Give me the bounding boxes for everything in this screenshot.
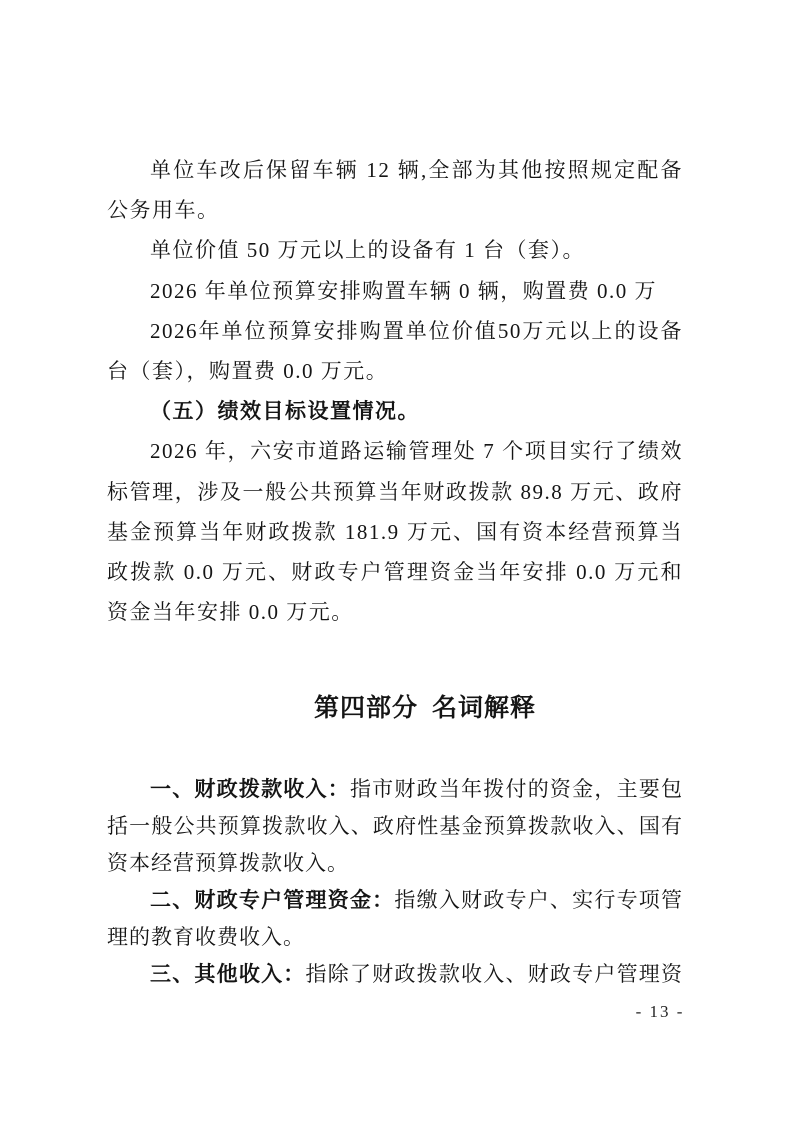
term-definition: 指市财政当年拨付的资金，主要包 xyxy=(350,777,683,801)
term-line: 二、财政专户管理资金：指缴入财政专户、实行专项管 xyxy=(107,882,683,919)
term-definition: 指缴入财政专户、实行专项管 xyxy=(394,888,683,912)
document-page: 单位车改后保留车辆 12 辆,全部为其他按照规定配备的 公务用车。 单位价值 5… xyxy=(0,0,793,1122)
section-title: 第四部分 名词解释 xyxy=(314,688,536,724)
paragraph-line: 基金预算当年财政拨款 181.9 万元、国有资本经营预算当年财 xyxy=(107,512,683,552)
paragraph-line: 资金当年安排 0.0 万元。 xyxy=(107,592,683,632)
page-number: - 13 - xyxy=(627,1002,693,1022)
term-definition: 资本经营预算拨款收入。 xyxy=(107,851,349,875)
paragraph-line: 2026 年单位预算安排购置车辆 0 辆，购置费 0.0 万元。 xyxy=(107,271,683,311)
paragraph-line: 2026 年，六安市道路运输管理处 7 个项目实行了绩效目 xyxy=(107,431,683,471)
terms-text-block: 一、财政拨款收入：指市财政当年拨付的资金，主要包 括一般公共预算拨款收入、政府性… xyxy=(107,771,683,993)
term-label: 一、财政拨款收入： xyxy=(150,778,350,801)
paragraph-line: 单位价值 50 万元以上的设备有 1 台（套）。 xyxy=(107,230,683,270)
term-line: 一、财政拨款收入：指市财政当年拨付的资金，主要包 xyxy=(107,771,683,808)
term-line: 三、其他收入：指除了财政拨款收入、财政专户管理资 xyxy=(107,956,683,993)
paragraph-line: 政拨款 0.0 万元、财政专户管理资金当年安排 0.0 万元和单位 xyxy=(107,552,683,592)
paragraph-line: 单位车改后保留车辆 12 辆,全部为其他按照规定配备的 xyxy=(107,150,683,190)
paragraph-line: 标管理，涉及一般公共预算当年财政拨款 89.8 万元、政府性 xyxy=(107,472,683,512)
term-definition: 括一般公共预算拨款收入、政府性基金预算拨款收入、国有 xyxy=(107,814,683,838)
upper-text-block: 单位车改后保留车辆 12 辆,全部为其他按照规定配备的 公务用车。 单位价值 5… xyxy=(107,150,683,632)
term-definition: 指除了财政拨款收入、财政专户管理资 xyxy=(306,962,683,986)
term-label: 三、其他收入： xyxy=(150,963,306,986)
term-line: 括一般公共预算拨款收入、政府性基金预算拨款收入、国有 xyxy=(107,808,683,845)
paragraph-line: 公务用车。 xyxy=(107,190,683,230)
term-definition: 理的教育收费收入。 xyxy=(107,925,305,949)
term-line: 资本经营预算拨款收入。 xyxy=(107,845,683,882)
paragraph-line: 台（套），购置费 0.0 万元。 xyxy=(107,351,683,391)
subsection-heading: （五）绩效目标设置情况。 xyxy=(107,391,683,431)
paragraph-line: 2026年单位预算安排购置单位价值50万元以上的设备0 xyxy=(107,311,683,351)
term-label: 二、财政专户管理资金： xyxy=(150,889,394,912)
term-line: 理的教育收费收入。 xyxy=(107,919,683,956)
